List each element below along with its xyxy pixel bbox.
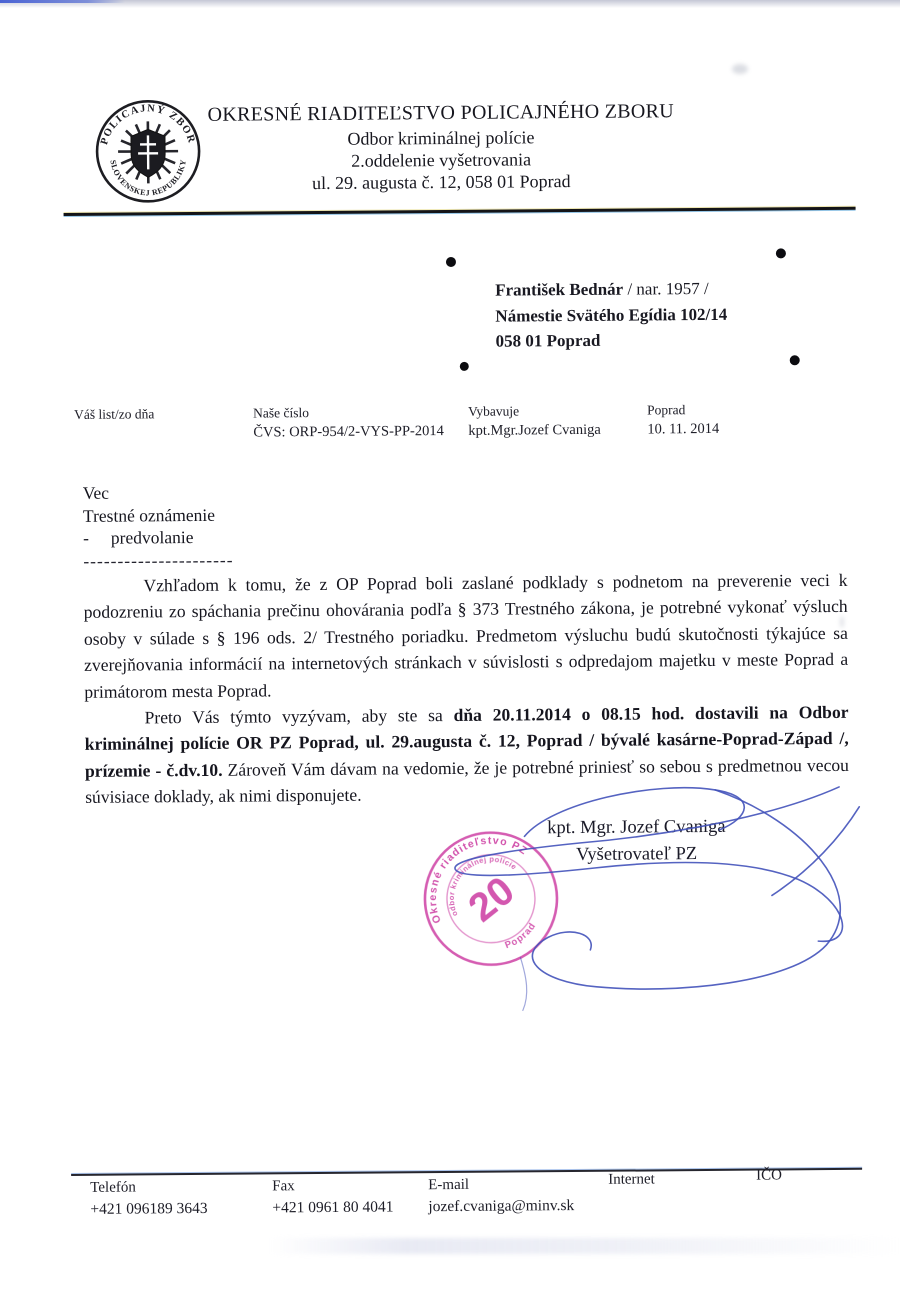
body-paragraph-2: Preto Vás týmto vyzývam, aby ste sa dňa … — [84, 699, 849, 811]
scanned-letter-page: POLICAJNÝ ZBOR SLOVENSKEJ REPUBLIKY OKRE… — [0, 0, 900, 1297]
header-divider — [64, 207, 856, 216]
reference-row: Váš list/zo dňa Naše číslo ČVS: ORP-954/… — [0, 400, 898, 407]
recipient-address: František Bednár / nar. 1957 / Námestie … — [495, 275, 826, 354]
ref-your-letter-label: Váš list/zo dňa — [74, 406, 154, 423]
round-stamp: Okresné riaditeľstvo PZ odbor kriminálne… — [415, 823, 566, 974]
footer-fax-value: +421 0961 80 4041 — [272, 1198, 393, 1217]
footer-ico-label: IČO — [756, 1167, 782, 1184]
recipient-name: František Bednár — [495, 280, 623, 300]
letter-body: Vzhľadom k tomu, že z OP Poprad boli zas… — [83, 567, 849, 811]
ref-handled-by-label: Vybavuje — [468, 403, 601, 420]
footer-email: E-mail jozef.cvaniga@minv.sk — [428, 1176, 574, 1216]
org-address: ul. 29. augusta č. 12, 058 01 Poprad — [174, 169, 708, 195]
ref-place-date: Poprad 10. 11. 2014 — [647, 402, 719, 439]
footer-fax-label: Fax — [272, 1177, 393, 1195]
registration-dot — [446, 257, 456, 267]
registration-dot — [790, 355, 800, 365]
subject-line1: Trestné oznámenie — [83, 503, 233, 527]
ref-handled-by: Vybavuje kpt.Mgr.Jozef Cvaniga — [468, 403, 601, 440]
footer-email-label: E-mail — [428, 1176, 574, 1194]
recipient-birth: / nar. 1957 / — [623, 279, 709, 299]
registration-dot — [776, 248, 786, 258]
footer-phone-label: Telefón — [90, 1179, 207, 1197]
footer-email-value: jozef.cvaniga@minv.sk — [428, 1197, 574, 1216]
footer-ico: IČO — [756, 1167, 782, 1188]
recipient-street: Námestie Svätého Egídia 102/14 — [495, 301, 825, 329]
footer-phone: Telefón +421 096189 3643 — [90, 1179, 208, 1219]
ref-date: 10. 11. 2014 — [647, 421, 719, 439]
ref-handled-by-value: kpt.Mgr.Jozef Cvaniga — [468, 422, 601, 440]
body-paragraph-1: Vzhľadom k tomu, že z OP Poprad boli zas… — [83, 567, 848, 705]
footer-internet: Internet — [608, 1171, 655, 1192]
ref-our-number-label: Naše číslo — [253, 404, 444, 421]
registration-dot — [460, 362, 469, 371]
recipient-name-line: František Bednár / nar. 1957 / — [495, 275, 825, 303]
stamp-number: 20 — [460, 868, 522, 930]
footer-phone-value: +421 096189 3643 — [90, 1200, 207, 1219]
body-p2-intro: Preto Vás týmto vyzývam, aby ste sa — [144, 705, 453, 727]
ref-place: Poprad — [647, 402, 719, 419]
org-name: OKRESNÉ RIADITEĽSTVO POLICAJNÉHO ZBORU — [174, 100, 708, 126]
subject-underline: ---------------------- — [83, 548, 233, 572]
footer-divider — [71, 1168, 862, 1176]
footer-fax: Fax +421 0961 80 4041 — [272, 1177, 393, 1217]
subject-block: Vec Trestné oznámenie - predvolanie ----… — [83, 481, 234, 572]
subject-line2: - predvolanie — [83, 526, 233, 550]
ref-our-number: Naše číslo ČVS: ORP-954/2-VYS-PP-2014 — [253, 404, 444, 441]
footer-internet-label: Internet — [608, 1171, 655, 1188]
recipient-city: 058 01 Poprad — [495, 326, 825, 354]
ref-our-number-value: ČVS: ORP-954/2-VYS-PP-2014 — [253, 423, 444, 441]
ref-your-letter: Váš list/zo dňa — [74, 406, 154, 426]
letterhead: OKRESNÉ RIADITEĽSTVO POLICAJNÉHO ZBORU O… — [174, 100, 709, 195]
subject-label: Vec — [83, 481, 233, 505]
